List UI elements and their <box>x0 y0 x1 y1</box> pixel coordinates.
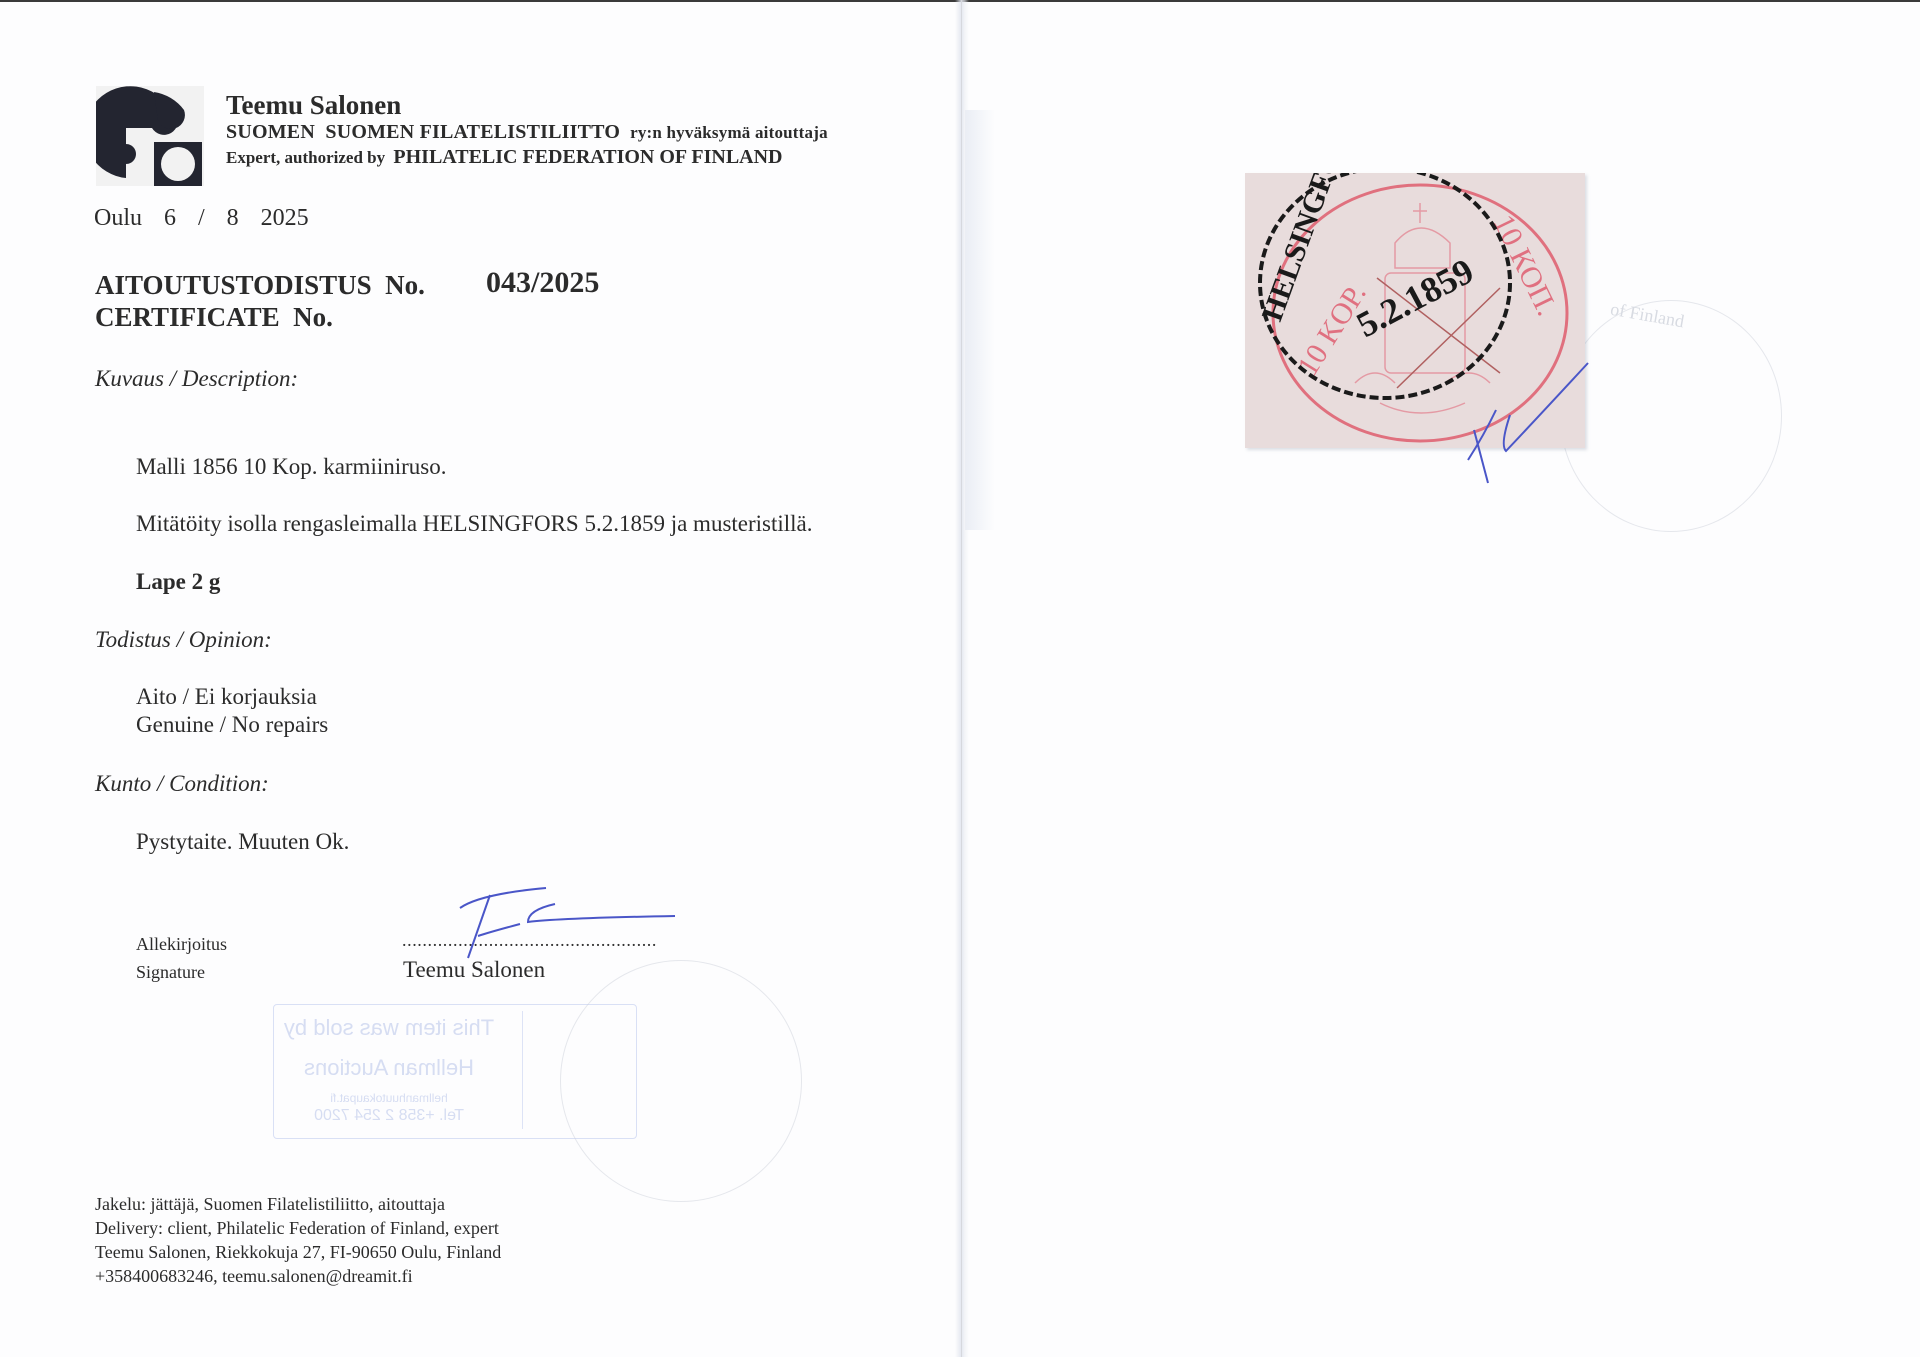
philatelic-federation-logo-icon <box>96 86 204 186</box>
condition-label: Kunto / Condition: <box>95 771 269 797</box>
federation-line: SUOMEN SUOMEN FILATELISTILIITTOry:n hyvä… <box>226 121 828 144</box>
auth-prefix: Expert, authorized by <box>226 148 385 167</box>
footer-line-2: Delivery: client, Philatelic Federation … <box>95 1218 499 1239</box>
opinion-label: Todistus / Opinion: <box>95 627 272 653</box>
description-label: Kuvaus / Description: <box>95 366 298 392</box>
signatory-name: Teemu Salonen <box>403 957 545 983</box>
condition-line-1: Pystytaite. Muuten Ok. <box>136 829 349 855</box>
signature-label-fi: Allekirjoitus <box>136 934 227 955</box>
opinion-line-1: Aito / Ei korjauksia <box>136 684 317 710</box>
footer-line-3: Teemu Salonen, Riekkokuja 27, FI-90650 O… <box>95 1242 501 1263</box>
federation-name: SUOMEN SUOMEN FILATELISTILIITTO <box>226 121 620 143</box>
auth-org: PHILATELIC FEDERATION OF FINLAND <box>393 146 782 168</box>
description-line-1: Malli 1856 10 Kop. karmiiniruso. <box>136 454 446 480</box>
stamp-artwork-icon: 10 KOP. 10 КОП. HELSINGFORS 5.2.1859 <box>1245 173 1585 448</box>
stamp-denomination-right: 10 КОП. <box>1487 210 1564 321</box>
date-city: Oulu <box>94 205 142 231</box>
expert-name: Teemu Salonen <box>226 90 401 121</box>
page-fold <box>955 0 969 1357</box>
date-month: 8 <box>227 205 239 231</box>
footer-line-4: +358400683246, teemu.salonen@dreamit.fi <box>95 1266 413 1287</box>
federation-suffix: ry:n hyväksymä aitouttaja <box>630 123 828 142</box>
authorization-line: Expert, authorized by PHILATELIC FEDERAT… <box>226 146 783 169</box>
date-day: 6 <box>164 205 176 231</box>
date-year: 2025 <box>261 205 309 231</box>
emboss-seal-left <box>560 960 802 1202</box>
ghost-line-1: This item was sold by <box>274 1015 504 1041</box>
issue-date: Oulu6/82025 <box>94 205 331 232</box>
description-line-2: Mitätöity isolla rengasleimalla HELSINGF… <box>136 511 813 537</box>
ghost-line-2: Hellman Auctions <box>274 1055 504 1081</box>
ghost-line-3: hellmanhuutokaupat.fi <box>274 1091 504 1105</box>
emboss-seal-right <box>1560 300 1782 532</box>
postage-stamp: 10 KOP. 10 КОП. HELSINGFORS 5.2.1859 <box>1245 173 1585 448</box>
certificate-number: 043/2025 <box>486 266 599 300</box>
fold-crease <box>961 0 962 1357</box>
certificate-label-fi: AITOUTUSTODISTUS No. <box>95 270 425 301</box>
signature-label-en: Signature <box>136 962 205 983</box>
fold-shadow <box>965 110 995 530</box>
description-weight: Lape 2 g <box>136 569 220 595</box>
footer-line-1: Jakelu: jättäjä, Suomen Filatelistiliitt… <box>95 1194 445 1215</box>
signature-dotted-line: ........................................… <box>402 930 657 951</box>
certificate-label-en: CERTIFICATE No. <box>95 302 333 333</box>
ghost-line-4: Tel. +358 2 254 7200 <box>274 1107 504 1125</box>
date-separator: / <box>198 205 205 231</box>
opinion-line-2: Genuine / No repairs <box>136 712 328 738</box>
